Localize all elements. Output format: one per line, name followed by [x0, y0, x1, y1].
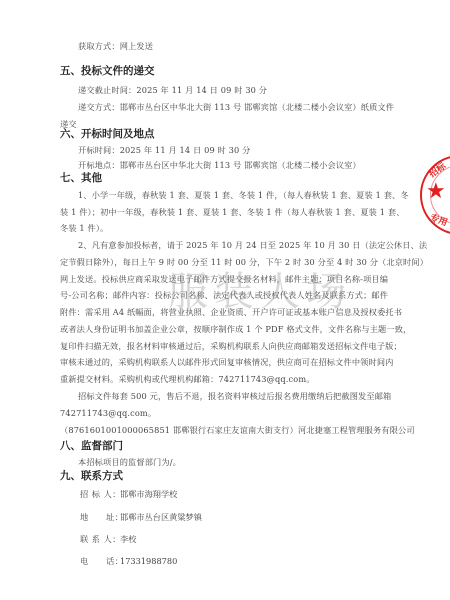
star-icon: ★ [426, 180, 446, 204]
official-seal-stamp: 招标 ★ 专用 [420, 155, 450, 235]
document-page: 获取方式：网上发送 五、投标文件的递交 递交截止时间：2025 年 11 月 1… [0, 0, 450, 600]
stamp-clip: 招标 ★ 专用 [0, 0, 450, 600]
